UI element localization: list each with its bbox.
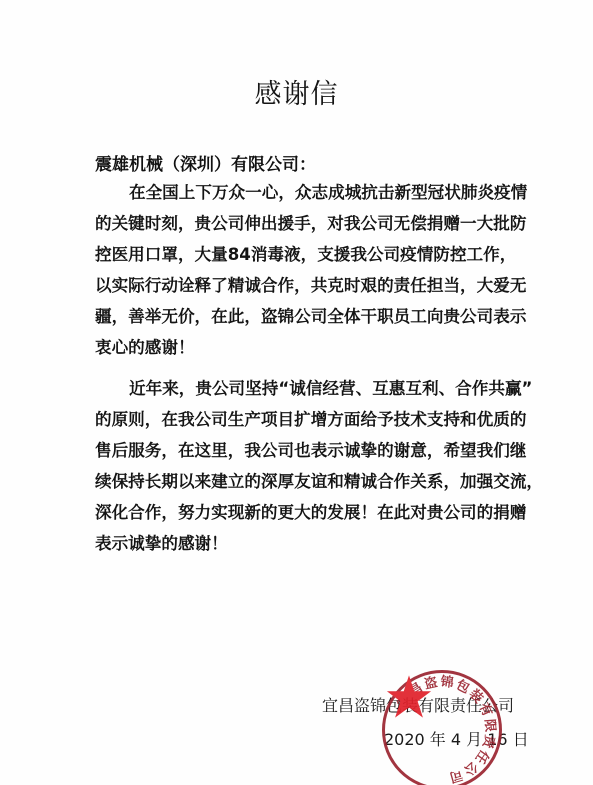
paragraph-line: 衷心的感谢！ <box>95 332 523 363</box>
paragraph-line: 的原则，在我公司生产项目扩增方面给予技术支持和优质的 <box>95 404 523 435</box>
paragraph-1: 在全国上下万众一心，众志成城抗击新型冠状肺炎疫情 的关键时刻，贵公司伸出援手，对… <box>95 177 523 363</box>
paragraph-line: 在全国上下万众一心，众志成城抗击新型冠状肺炎疫情 <box>95 177 523 208</box>
paragraph-line: 以实际行动诠释了精诚合作，共克时艰的责任担当，大爱无 <box>95 270 523 301</box>
paragraph-line: 近年来，贵公司坚持“诚信经营、互惠互利、合作共赢” <box>95 373 523 404</box>
salutation: 震雄机械（深圳）有限公司： <box>95 150 316 175</box>
company-seal: 宜昌盗锦包装有限责任公司 <box>382 670 502 785</box>
paragraph-line: 疆，善举无价，在此，盗锦公司全体干职员工向贵公司表示 <box>95 301 523 332</box>
star-icon <box>385 673 433 721</box>
paragraph-line: 控医用口罩，大量84消毒液，支援我公司疫情防控工作， <box>95 239 523 270</box>
paragraph-line: 续保持长期以来建立的深厚友谊和精诚合作关系，加强交流， <box>95 466 523 497</box>
paragraph-line: 深化合作，努力实现新的更大的发展！在此对贵公司的捐赠 <box>95 497 523 528</box>
letter-title: 感谢信 <box>0 72 593 111</box>
paragraph-line: 表示诚挚的感谢！ <box>95 528 523 559</box>
paragraph-2: 近年来，贵公司坚持“诚信经营、互惠互利、合作共赢” 的原则，在我公司生产项目扩增… <box>95 373 523 559</box>
paragraph-line: 售后服务，在这里，我公司也表示诚挚的谢意，希望我们继 <box>95 435 523 466</box>
paragraph-line: 的关键时刻，贵公司伸出援手，对我公司无偿捐赠一大批防 <box>95 208 523 239</box>
letter-page: 感谢信 震雄机械（深圳）有限公司： 在全国上下万众一心，众志成城抗击新型冠状肺炎… <box>0 0 593 785</box>
